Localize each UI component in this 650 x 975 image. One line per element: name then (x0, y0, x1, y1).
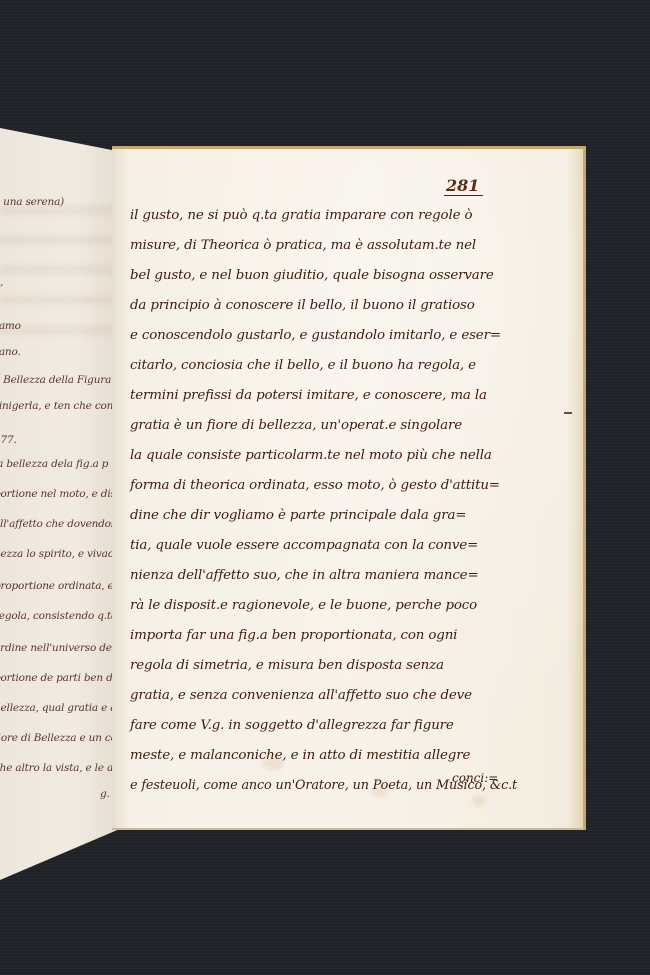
margin-mark (564, 412, 572, 414)
manuscript-line: meste, e malanconiche, e in atto di mest… (130, 748, 470, 763)
foxing-stain (472, 796, 486, 806)
left-line: all'affetto che dovendosi (0, 518, 119, 530)
manuscript-line: da principio à conoscere il bello, il bu… (130, 298, 475, 313)
left-line: rano. (0, 346, 21, 358)
manuscript-line: misure, di Theorica ò pratica, ma è asso… (130, 238, 476, 253)
left-line: 377. (0, 434, 17, 446)
manuscript-line: dine che dir vogliamo è parte principale… (130, 508, 466, 523)
left-line: la bellezza dela fig.a p (0, 458, 108, 470)
left-line: e Bellezza della Figura (0, 374, 111, 386)
left-line: ramo (0, 320, 21, 332)
manuscript-line: e conoscendolo gustarlo, e gustandolo im… (130, 328, 501, 343)
manuscript-line: gratia è un fiore di bellezza, un'operat… (130, 418, 462, 433)
left-line: g. (100, 788, 110, 800)
bleed-through (0, 296, 122, 304)
catchword: conci:= (452, 771, 498, 785)
page-number: 281 (444, 176, 483, 196)
manuscript-line: il gusto, ne si può q.ta gratia imparare… (130, 208, 472, 223)
left-line: che altro la vista, e le agg (0, 762, 126, 774)
right-page: 281 il gusto, ne si può q.ta gratia impa… (112, 146, 586, 830)
manuscript-line: forma di theorica ordinata, esso moto, ò… (130, 478, 500, 493)
manuscript-line: importa far una fig.a ben proportionata,… (130, 628, 457, 643)
manuscript-line: rà le disposit.e ragionevole, e le buone… (130, 598, 477, 613)
left-page-partial: e una serena) o, ramo rano. e Bellezza d… (0, 0, 122, 975)
manuscript-line: citarlo, conciosia che il bello, e il bu… (130, 358, 476, 373)
manuscript-line: gratia, e senza convenienza all'affetto … (130, 688, 472, 703)
bleed-through (0, 266, 122, 274)
manuscript-line: termini prefissi da potersi imitare, e c… (130, 388, 487, 403)
manuscript-line: nienza dell'affetto suo, che in altra ma… (130, 568, 479, 583)
manuscript-line: bel gusto, e nel buon giuditio, quale bi… (130, 268, 494, 283)
manuscript-line: la quale consiste particolarm.te nel mot… (130, 448, 492, 463)
left-line: o, (0, 276, 3, 288)
manuscript-line: regola di simetria, e misura ben dispost… (130, 658, 444, 673)
left-line: llezza lo spirito, e vivacita (0, 548, 127, 560)
manuscript-line: tia, quale vuole essere accompagnata con… (130, 538, 478, 553)
manuscript-line: fare come V.g. in soggetto d'allegrezza … (130, 718, 454, 733)
bleed-through (0, 236, 122, 244)
left-line: e una serena) (0, 196, 64, 208)
